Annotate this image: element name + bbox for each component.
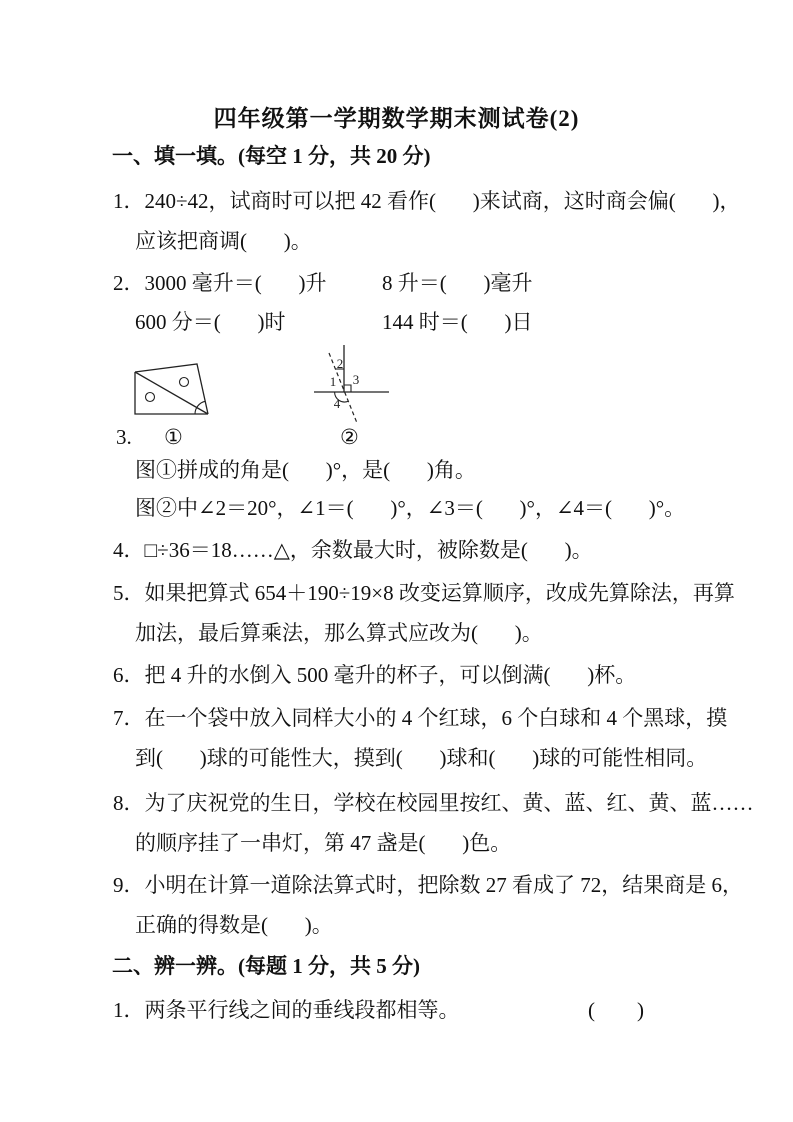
question-4-line-1: 4．□÷36＝18……△，余数最大时，被除数是( )。 xyxy=(113,537,593,563)
question-5-line-1: 5．如果把算式 654＋190÷19×8 改变运算顺序，改成先算除法，再算 xyxy=(113,580,735,606)
question-9-line-1: 9．小明在计算一道除法算式时，把除数 27 看成了 72，结果商是 6， xyxy=(113,872,743,898)
judge-question-1-answer-blank: ( ) xyxy=(588,997,644,1023)
question-8-line-2: 的顺序挂了一串灯，第 47 盏是( )色。 xyxy=(135,830,511,856)
figure-2-angle-1-label: 1 xyxy=(330,374,337,389)
question-7-line-1: 7．在一个袋中放入同样大小的 4 个红球，6 个白球和 4 个黑球，摸 xyxy=(113,705,727,731)
question-3-line-1: 图①拼成的角是( )°，是( )角。 xyxy=(135,457,476,483)
question-5-line-2: 加法，最后算乘法，那么算式应改为( )。 xyxy=(135,620,543,646)
paper-title: 四年级第一学期数学期末测试卷(2) xyxy=(0,100,793,133)
test-paper-page: 四年级第一学期数学期末测试卷(2) 一、填一填。(每空 1 分，共 20 分) … xyxy=(0,0,793,1122)
section-2-heading: 二、辨一辨。(每题 1 分，共 5 分) xyxy=(112,953,420,979)
figure-2-angle-2-label: 2 xyxy=(337,356,344,371)
question-2-row-1-left: 2．3000 毫升＝( )升 xyxy=(113,270,327,296)
question-3-line-2: 图②中∠2＝20°，∠1＝( )°，∠3＝( )°，∠4＝( )°。 xyxy=(135,495,685,521)
question-1-line-1: 1．240÷42，试商时可以把 42 看作( )来试商，这时商会偏( )， xyxy=(113,188,741,214)
question-3-number: 3. xyxy=(116,424,132,450)
figure-1-set-squares xyxy=(130,358,215,420)
figure-2-angle-lines: 2 1 3 4 xyxy=(308,342,393,430)
judge-question-1-text: 1．两条平行线之间的垂线段都相等。 xyxy=(113,997,460,1023)
question-2-row-2-left: 600 分＝( )时 xyxy=(135,309,286,335)
question-7-line-2: 到( )球的可能性大，摸到( )球和( )球的可能性相同。 xyxy=(135,745,707,771)
figure-2-angle-4-label: 4 xyxy=(334,396,341,411)
figure-1-caption: ① xyxy=(164,424,183,450)
question-1-line-2: 应该把商调( )。 xyxy=(135,228,312,254)
figure-2-caption: ② xyxy=(340,424,359,450)
question-6-line-1: 6．把 4 升的水倒入 500 毫升的杯子，可以倒满( )杯。 xyxy=(113,662,636,688)
question-8-line-1: 8．为了庆祝党的生日，学校在校园里按红、黄、蓝、红、黄、蓝…… xyxy=(113,790,754,816)
question-2-row-1-right: 8 升＝( )毫升 xyxy=(382,270,533,296)
question-9-line-2: 正确的得数是( )。 xyxy=(135,912,333,938)
figure-2-angle-3-label: 3 xyxy=(353,372,360,387)
section-1-heading: 一、填一填。(每空 1 分，共 20 分) xyxy=(112,143,431,169)
question-2-row-2-right: 144 时＝( )日 xyxy=(382,309,533,335)
